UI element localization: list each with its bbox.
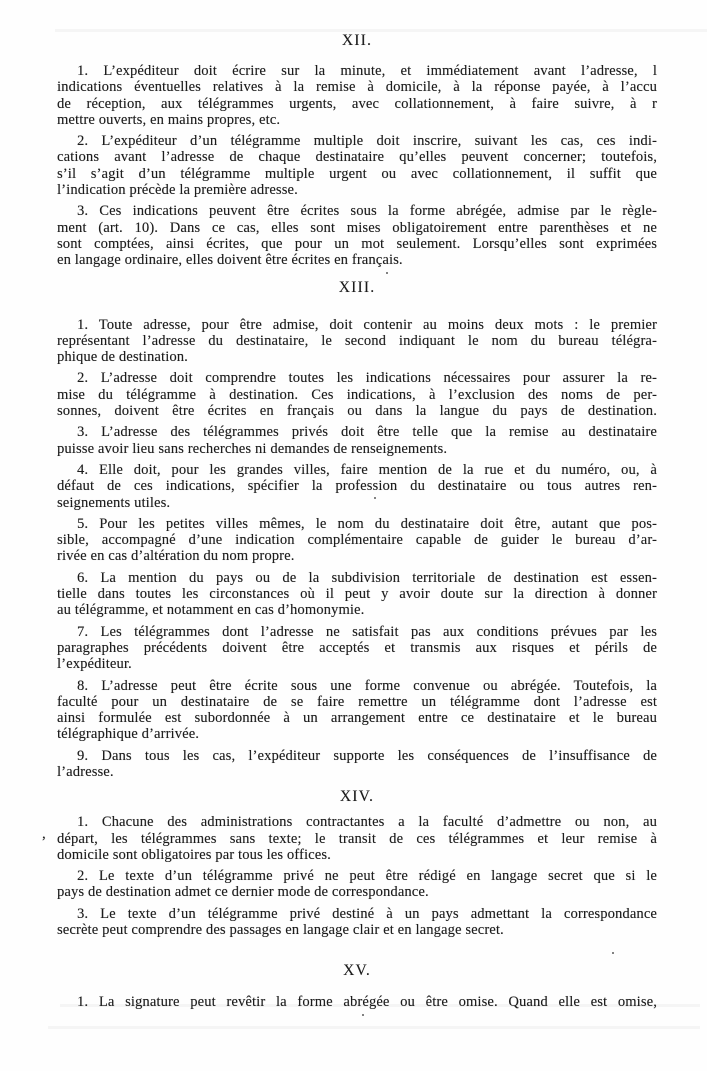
paragraph: 1. Toute adresse, pour être admise, doit… (57, 317, 657, 366)
text-line: 3. Le texte d’un télégramme privé destin… (57, 906, 657, 922)
text-line: 8. L’adresse peut être écrite sous une f… (57, 678, 657, 694)
text-line: départ, les télégrammes sans texte; le t… (57, 831, 657, 847)
text-line: au télégramme, et notamment en cas d’hom… (57, 602, 657, 618)
paragraph: 7. Les télégrammes dont l’adresse ne sat… (57, 624, 657, 673)
text-line: rivée en cas d’altération du nom propre. (57, 548, 657, 564)
paragraph: 9. Dans tous les cas, l’expéditeur suppo… (57, 748, 657, 781)
text-line: 3. L’adresse des télégrammes privés doit… (57, 424, 657, 440)
scan-speck-artifact (362, 1014, 364, 1016)
paragraph: 2. L’adresse doit comprendre toutes les … (57, 370, 657, 419)
section-xii: XII. 1. L’expéditeur doit écrire sur la … (57, 32, 657, 269)
text-line: en langage ordinaire, elles doivent être… (57, 252, 657, 268)
text-line: ment (art. 10). Dans ce cas, elles sont … (57, 220, 657, 236)
text-line: sible, accompagné d’une indication compl… (57, 532, 657, 548)
scan-streak-artifact (48, 1026, 700, 1029)
text-line: sont comptées, ainsi écrites, que pour u… (57, 236, 657, 252)
margin-comma-artifact: , (42, 826, 46, 842)
section-xv: XV. 1. La signature peut revêtir la form… (57, 962, 657, 1010)
paragraph: 5. Pour les petites villes mêmes, le nom… (57, 516, 657, 565)
text-line: 7. Les télégrammes dont l’adresse ne sat… (57, 624, 657, 640)
text-line: 4. Elle doit, pour les grandes villes, f… (57, 462, 657, 478)
section-xiv: XIV. 1. Chacune des administrations cont… (57, 788, 657, 938)
text-line: 1. La signature peut revêtir la forme ab… (57, 994, 657, 1010)
text-line: représentant l’adresse du destinataire, … (57, 333, 657, 349)
text-line: phique de destination. (57, 349, 657, 365)
paragraph: 1. Chacune des administrations contracta… (57, 814, 657, 863)
paragraph: 6. La mention du pays ou de la subdivisi… (57, 570, 657, 619)
text-line: domicile sont obligatoires par tous les … (57, 847, 657, 863)
text-block: XII. 1. L’expéditeur doit écrire sur la … (57, 32, 657, 1011)
scanned-document-page: , XII. 1. L’expéditeur doit écrire sur l… (0, 0, 707, 1071)
text-line: télégraphique d’arrivée. (57, 726, 657, 742)
text-line: 1. Toute adresse, pour être admise, doit… (57, 317, 657, 333)
text-line: 1. L’expéditeur doit écrire sur la minut… (57, 63, 657, 79)
section-heading: XIV. (57, 788, 657, 806)
section-heading: XII. (57, 32, 657, 50)
text-line: puisse avoir lieu sans recherches ni dem… (57, 441, 657, 457)
paragraph: 3. L’adresse des télégrammes privés doit… (57, 424, 657, 457)
text-line: 3. Ces indications peuvent être écrites … (57, 203, 657, 219)
text-line: mise du télégramme à destination. Ces in… (57, 387, 657, 403)
text-line: secrète peut comprendre des passages en … (57, 922, 657, 938)
text-line: l’adresse. (57, 764, 657, 780)
text-line: faculté pour un destinataire de se faire… (57, 694, 657, 710)
section-heading: XV. (57, 962, 657, 980)
text-line: paragraphes précédents doivent être acce… (57, 640, 657, 656)
text-line: ainsi formulée est subordonnée à un arra… (57, 710, 657, 726)
paragraph: 1. La signature peut revêtir la forme ab… (57, 994, 657, 1010)
text-line: cations avant l’adresse de chaque destin… (57, 149, 657, 165)
paragraph: 3. Ces indications peuvent être écrites … (57, 203, 657, 268)
text-line: l’expéditeur. (57, 656, 657, 672)
text-line: 2. Le texte d’un télégramme privé ne peu… (57, 868, 657, 884)
paragraph: 4. Elle doit, pour les grandes villes, f… (57, 462, 657, 511)
paragraph: 2. L’expéditeur d’un télégramme multiple… (57, 133, 657, 198)
text-line: l’indication précède la première adresse… (57, 182, 657, 198)
text-line: 6. La mention du pays ou de la subdivisi… (57, 570, 657, 586)
paragraph: 8. L’adresse peut être écrite sous une f… (57, 678, 657, 743)
section-heading: XIII. (57, 279, 657, 297)
text-line: mettre ouverts, en mains propres, etc. (57, 112, 657, 128)
text-line: de réception, aux télégrammes urgents, a… (57, 96, 657, 112)
text-line: 9. Dans tous les cas, l’expéditeur suppo… (57, 748, 657, 764)
text-line: tielle dans toutes les circonstances où … (57, 586, 657, 602)
paragraph: 2. Le texte d’un télégramme privé ne peu… (57, 868, 657, 901)
text-line: s’il s’agit d’un télégramme multiple urg… (57, 166, 657, 182)
paragraph: 3. Le texte d’un télégramme privé destin… (57, 906, 657, 939)
text-line: pays de destination admet ce dernier mod… (57, 884, 657, 900)
text-line: indications éventuelles relatives à la r… (57, 79, 657, 95)
text-line: défaut de ces indications, spécifier la … (57, 478, 657, 494)
text-line: 2. L’expéditeur d’un télégramme multiple… (57, 133, 657, 149)
text-line: 5. Pour les petites villes mêmes, le nom… (57, 516, 657, 532)
section-xiii: XIII. 1. Toute adresse, pour être admise… (57, 279, 657, 781)
text-line: 2. L’adresse doit comprendre toutes les … (57, 370, 657, 386)
text-line: 1. Chacune des administrations contracta… (57, 814, 657, 830)
text-line: seignements utiles. (57, 495, 657, 511)
text-line: sonnes, doivent être écrites en français… (57, 403, 657, 419)
paragraph: 1. L’expéditeur doit écrire sur la minut… (57, 63, 657, 128)
